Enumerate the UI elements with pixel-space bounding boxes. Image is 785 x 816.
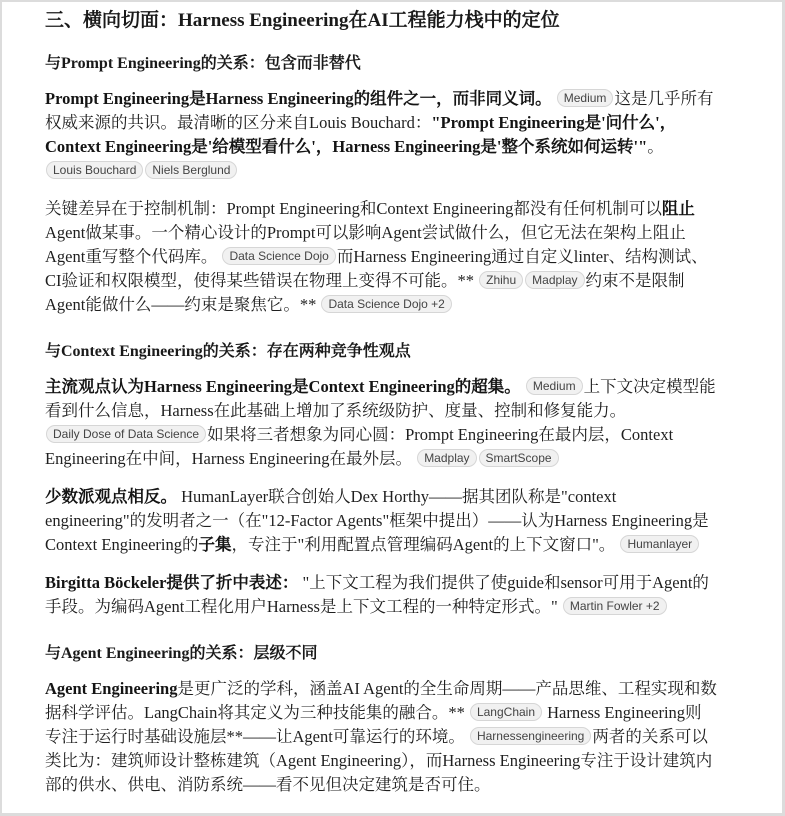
citation-data-science-dojo-plus[interactable]: Data Science Dojo +2 xyxy=(321,295,451,313)
citation-zhihu[interactable]: Zhihu xyxy=(479,271,523,289)
citation-medium[interactable]: Medium xyxy=(557,89,614,107)
citation-madplay[interactable]: Madplay xyxy=(417,449,476,467)
body-text: 。 xyxy=(647,137,664,156)
lead-statement: 少数派观点相反。 xyxy=(45,487,177,506)
paragraph-minority-view: 少数派观点相反。 HumanLayer联合创始人Dex Horthy——据其团队… xyxy=(45,485,717,557)
paragraph-agent-engineering: Agent Engineering是更广泛的学科，涵盖AI Agent的全生命周… xyxy=(45,677,717,797)
page-frame: 三、横向切面：Harness Engineering在AI工程能力栈中的定位 与… xyxy=(0,0,785,816)
citation-daily-dose-of-data-science[interactable]: Daily Dose of Data Science xyxy=(46,425,206,443)
paragraph-control-mechanism: 关键差异在于控制机制：Prompt Engineering和Context En… xyxy=(45,197,717,317)
paragraph-mainstream-view: 主流观点认为Harness Engineering是Context Engine… xyxy=(45,375,717,471)
subheading-agent-engineering: 与Agent Engineering的关系：层级不同 xyxy=(45,643,717,665)
paragraph-prompt-vs-harness: Prompt Engineering是Harness Engineering的组… xyxy=(45,87,717,183)
body-text: ，专注于"利用配置点管理编码Agent的上下文窗口"。 xyxy=(232,535,616,554)
citation-medium[interactable]: Medium xyxy=(526,377,583,395)
bold-text: 阻止 xyxy=(662,199,695,218)
citation-louis-bouchard[interactable]: Louis Bouchard xyxy=(46,161,143,179)
citation-data-science-dojo[interactable]: Data Science Dojo xyxy=(222,247,335,265)
paragraph-compromise-view: Birgitta Böckeler提供了折中表述： "上下文工程为我们提供了使g… xyxy=(45,571,717,619)
body-text: 关键差异在于控制机制：Prompt Engineering和Context En… xyxy=(45,199,662,218)
section-title: 三、横向切面：Harness Engineering在AI工程能力栈中的定位 xyxy=(45,8,717,34)
citation-madplay[interactable]: Madplay xyxy=(525,271,584,289)
subheading-context-engineering: 与Context Engineering的关系：存在两种竞争性观点 xyxy=(45,341,717,363)
citation-martin-fowler[interactable]: Martin Fowler +2 xyxy=(563,597,667,615)
citation-smartscope[interactable]: SmartScope xyxy=(479,449,559,467)
lead-statement: Agent Engineering xyxy=(45,679,177,698)
bold-text: 子集 xyxy=(199,535,232,554)
lead-statement: Prompt Engineering是Harness Engineering的组… xyxy=(45,89,552,108)
citation-langchain[interactable]: LangChain xyxy=(470,703,542,721)
citation-humanlayer[interactable]: Humanlayer xyxy=(620,535,699,553)
article-content: 三、横向切面：Harness Engineering在AI工程能力栈中的定位 与… xyxy=(45,2,717,797)
lead-statement: 主流观点认为Harness Engineering是Context Engine… xyxy=(45,377,521,396)
citation-harnessengineering[interactable]: Harnessengineering xyxy=(470,727,591,745)
subheading-prompt-engineering: 与Prompt Engineering的关系：包含而非替代 xyxy=(45,53,717,75)
lead-statement: Birgitta Böckeler提供了折中表述： xyxy=(45,573,298,592)
citation-niels-berglund[interactable]: Niels Berglund xyxy=(145,161,237,179)
